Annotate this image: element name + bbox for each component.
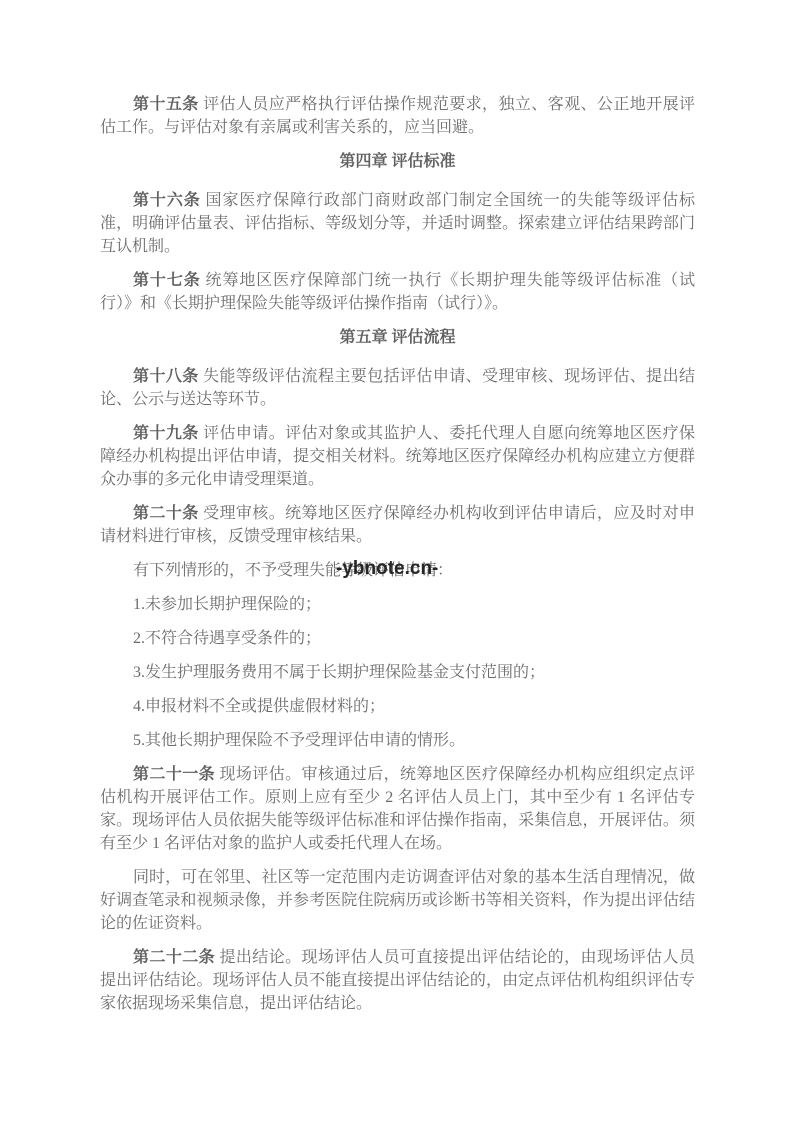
- paragraph-article-21: 第二十一条 现场评估。审核通过后，统筹地区医疗保障经办机构应组织定点评估机构开展…: [100, 763, 695, 855]
- paragraph-rejection-notice: 有下列情形的，不予受理失能等级评估申请：-ybnote.cn-: [100, 559, 695, 582]
- article-21-number: 第二十一条: [133, 766, 219, 783]
- article-17-number: 第十七条: [133, 272, 206, 289]
- paragraph-article-22: 第二十二条 提出结论。现场评估人员可直接提出评估结论的，由现场评估人员提出评估结…: [100, 946, 695, 1015]
- list-item-5: 5.其他长期护理保险不予受理评估申请的情形。: [100, 729, 695, 752]
- article-16-number: 第十六条: [133, 192, 206, 209]
- chapter-5-heading: 第五章 评估流程: [100, 326, 695, 349]
- article-15-number: 第十五条: [133, 96, 203, 113]
- paragraph-article-15: 第十五条 评估人员应严格执行评估操作规范要求，独立、客观、公正地开展评估工作。与…: [100, 93, 695, 139]
- chapter-4-heading: 第四章 评估标准: [100, 150, 695, 173]
- article-18-number: 第十八条: [133, 368, 203, 385]
- list-item-1-text: 1.未参加长期护理保险的；: [133, 596, 321, 613]
- list-item-4: 4.申报材料不全或提供虚假材料的；: [100, 695, 695, 718]
- watermark-ybnote: -ybnote.cn-: [336, 556, 438, 582]
- article-22-number: 第二十二条: [133, 949, 219, 966]
- paragraph-supplement: 同时，可在邻里、社区等一定范围内走访调查评估对象的基本生活自理情况，做好调查笔录…: [100, 866, 695, 935]
- list-item-2: 2.不符合待遇享受条件的；: [100, 627, 695, 650]
- document-page: 第十五条 评估人员应严格执行评估操作规范要求，独立、客观、公正地开展评估工作。与…: [0, 0, 793, 1122]
- paragraph-article-16: 第十六条 国家医疗保障行政部门商财政部门制定全国统一的失能等级评估标准，明确评估…: [100, 189, 695, 258]
- list-item-2-text: 2.不符合待遇享受条件的；: [133, 630, 321, 647]
- paragraph-article-19: 第十九条 评估申请。评估对象或其监护人、委托代理人自愿向统筹地区医疗保障经办机构…: [100, 422, 695, 491]
- paragraph-article-20: 第二十条 受理审核。统筹地区医疗保障经办机构收到评估申请后，应及时对申请材料进行…: [100, 502, 695, 548]
- list-item-5-text: 5.其他长期护理保险不予受理评估申请的情形。: [133, 732, 465, 749]
- paragraph-article-18: 第十八条 失能等级评估流程主要包括评估申请、受理审核、现场评估、提出结论、公示与…: [100, 365, 695, 411]
- list-item-3: 3.发生护理服务费用不属于长期护理保险基金支付范围的；: [100, 661, 695, 684]
- list-item-3-text: 3.发生护理服务费用不属于长期护理保险基金支付范围的；: [133, 664, 545, 681]
- supplement-text: 同时，可在邻里、社区等一定范围内走访调查评估对象的基本生活自理情况，做好调查笔录…: [100, 869, 695, 932]
- list-item-1: 1.未参加长期护理保险的；: [100, 593, 695, 616]
- paragraph-article-17: 第十七条 统筹地区医疗保障部门统一执行《长期护理失能等级评估标准（试行）》和《长…: [100, 269, 695, 315]
- article-20-number: 第二十条: [133, 505, 203, 522]
- list-item-4-text: 4.申报材料不全或提供虚假材料的；: [133, 698, 385, 715]
- article-19-number: 第十九条: [133, 425, 203, 442]
